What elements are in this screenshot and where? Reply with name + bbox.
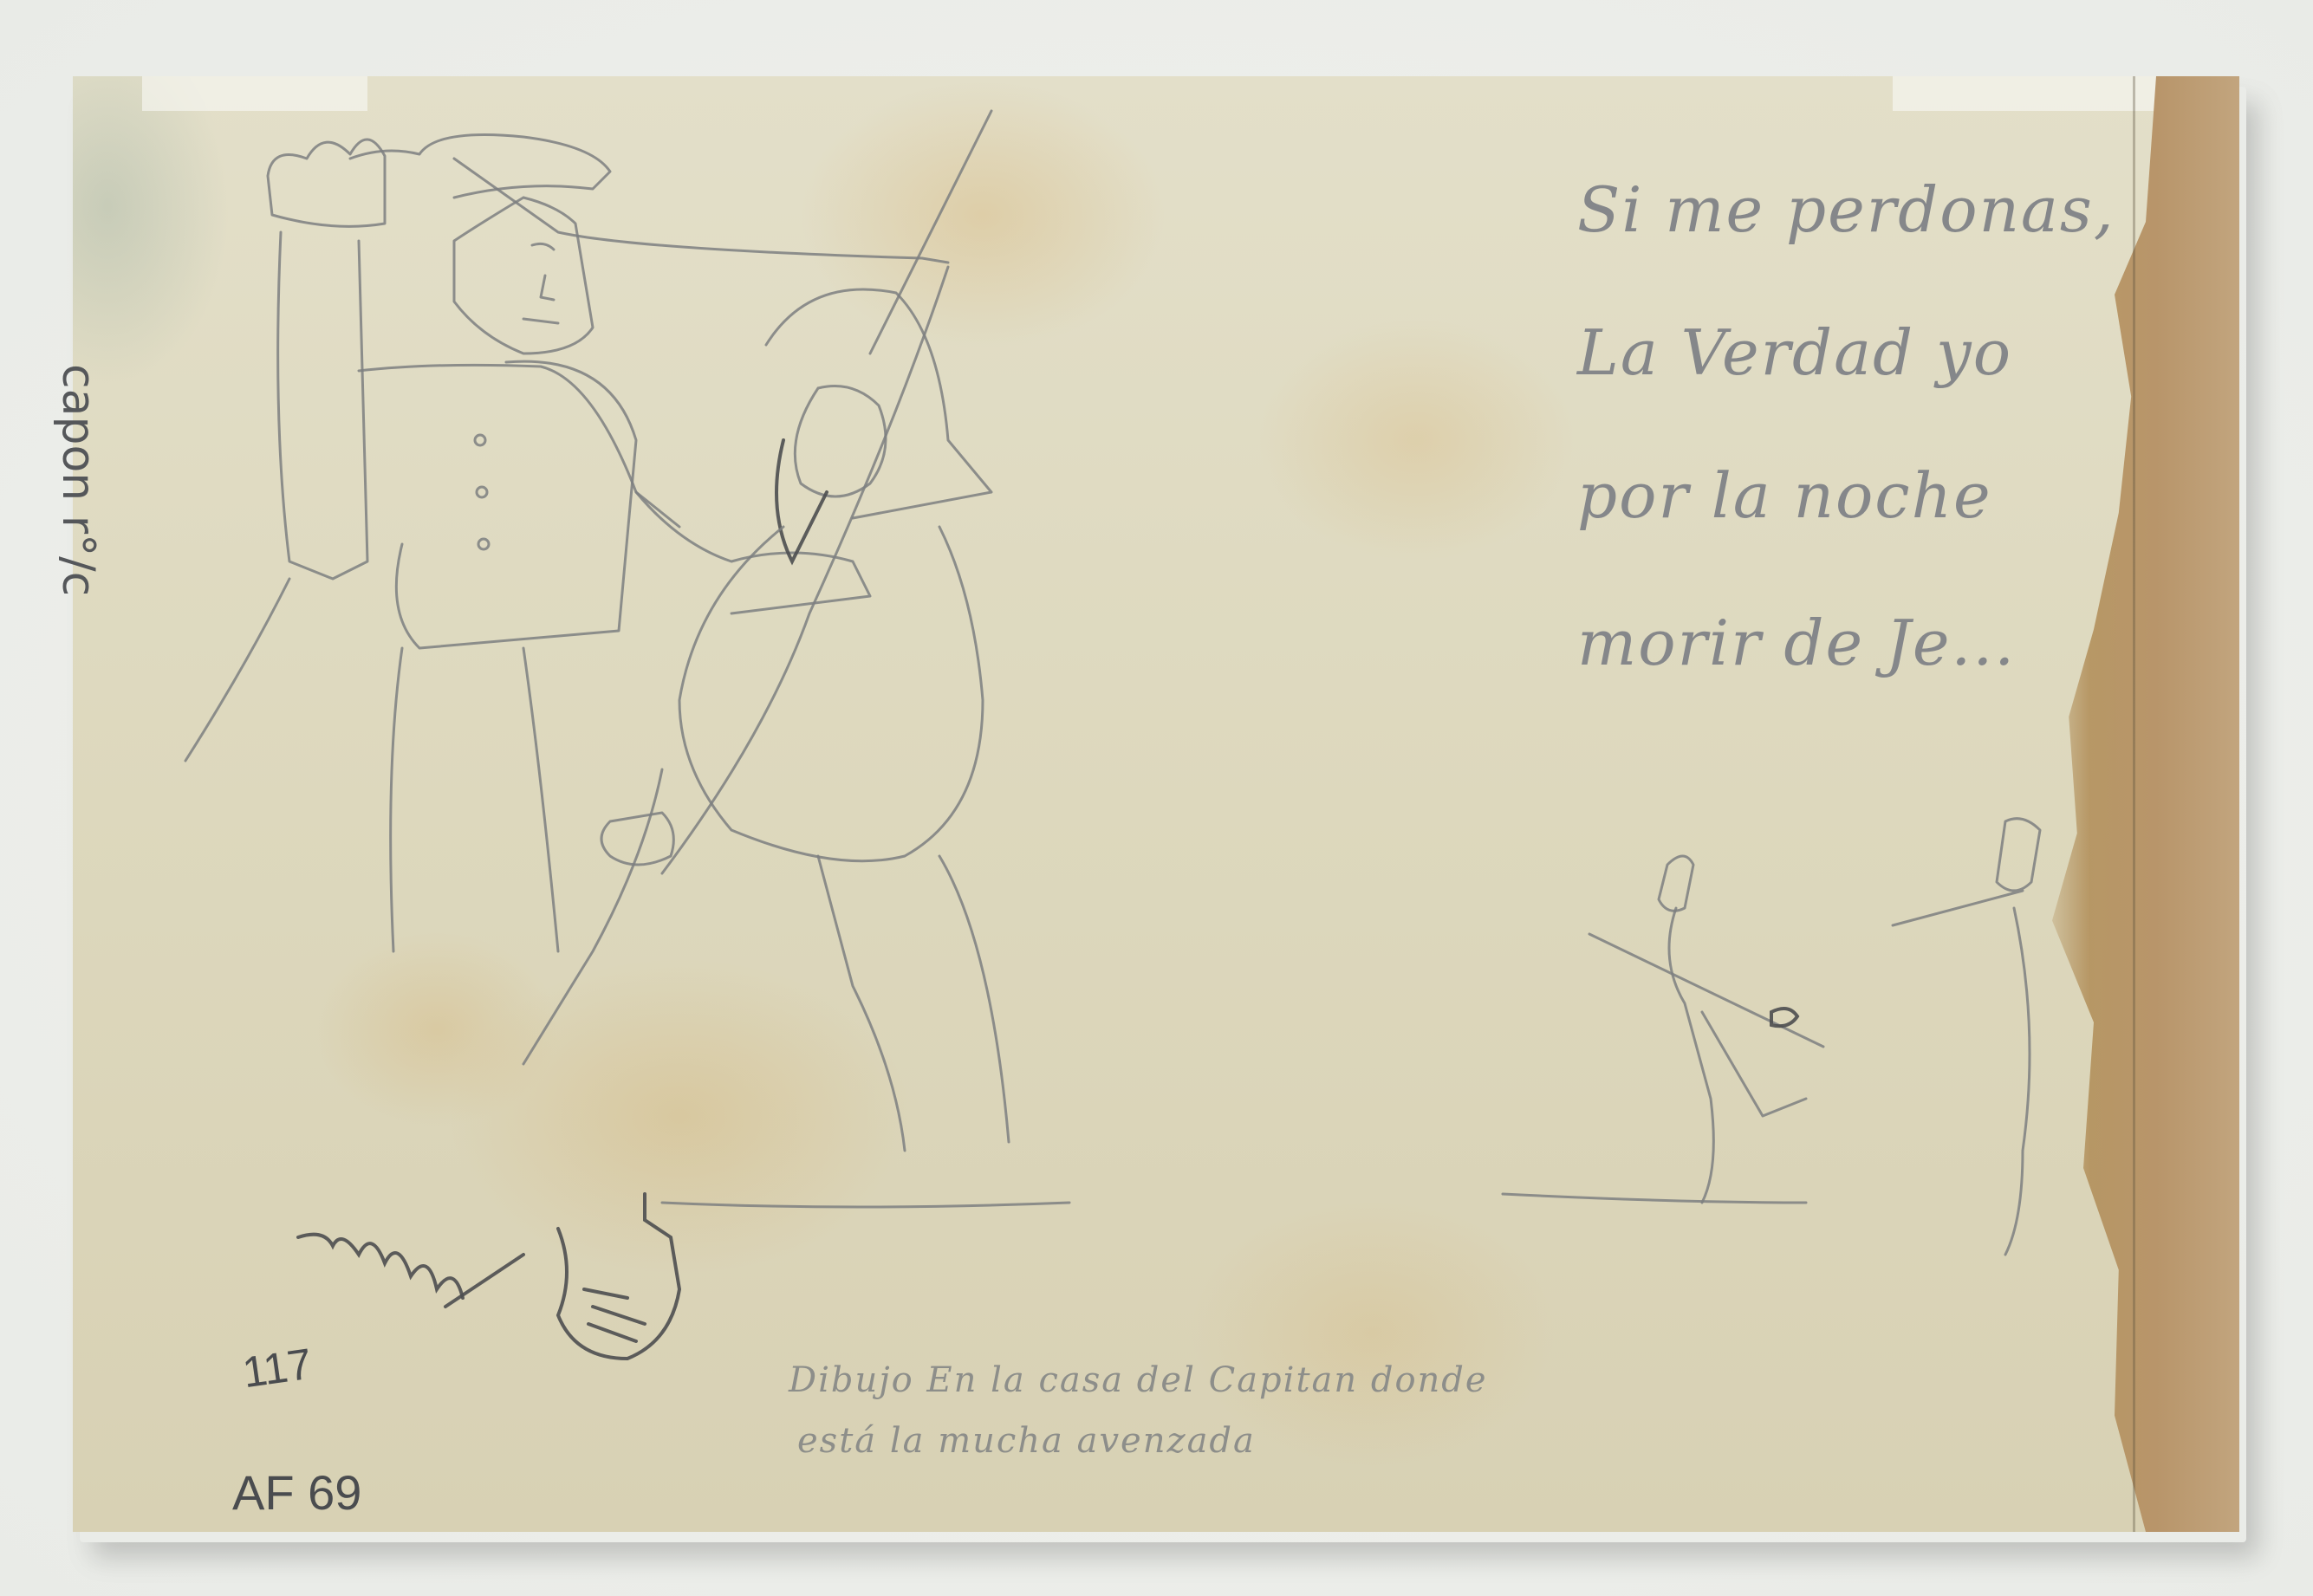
inscription-bottom-line-2: está la mucha avenzada — [797, 1421, 1256, 1461]
small-lance-figures — [1503, 819, 2040, 1255]
pencil-sketch — [73, 76, 2239, 1532]
lower-left-scribbles — [298, 1194, 679, 1359]
swordsman-figure — [185, 135, 948, 952]
inscription-bottom-line-1: Dibujo En la casa del Capitan donde — [789, 1360, 1488, 1400]
inscription-right-line-2: La Verdad yo — [1577, 316, 2012, 389]
inscription-right-line-1: Si me perdonas, — [1577, 173, 2115, 246]
bearded-hooded-figure — [523, 111, 1069, 1207]
lower-left-number: 117 — [239, 1339, 315, 1398]
inscription-right-line-4: morir de Je... — [1577, 607, 2016, 679]
inscription-right-line-3: por la noche — [1577, 459, 1992, 532]
inventory-number: AF 69 — [232, 1464, 361, 1521]
vertical-annotation: capon r°/c — [52, 364, 104, 596]
